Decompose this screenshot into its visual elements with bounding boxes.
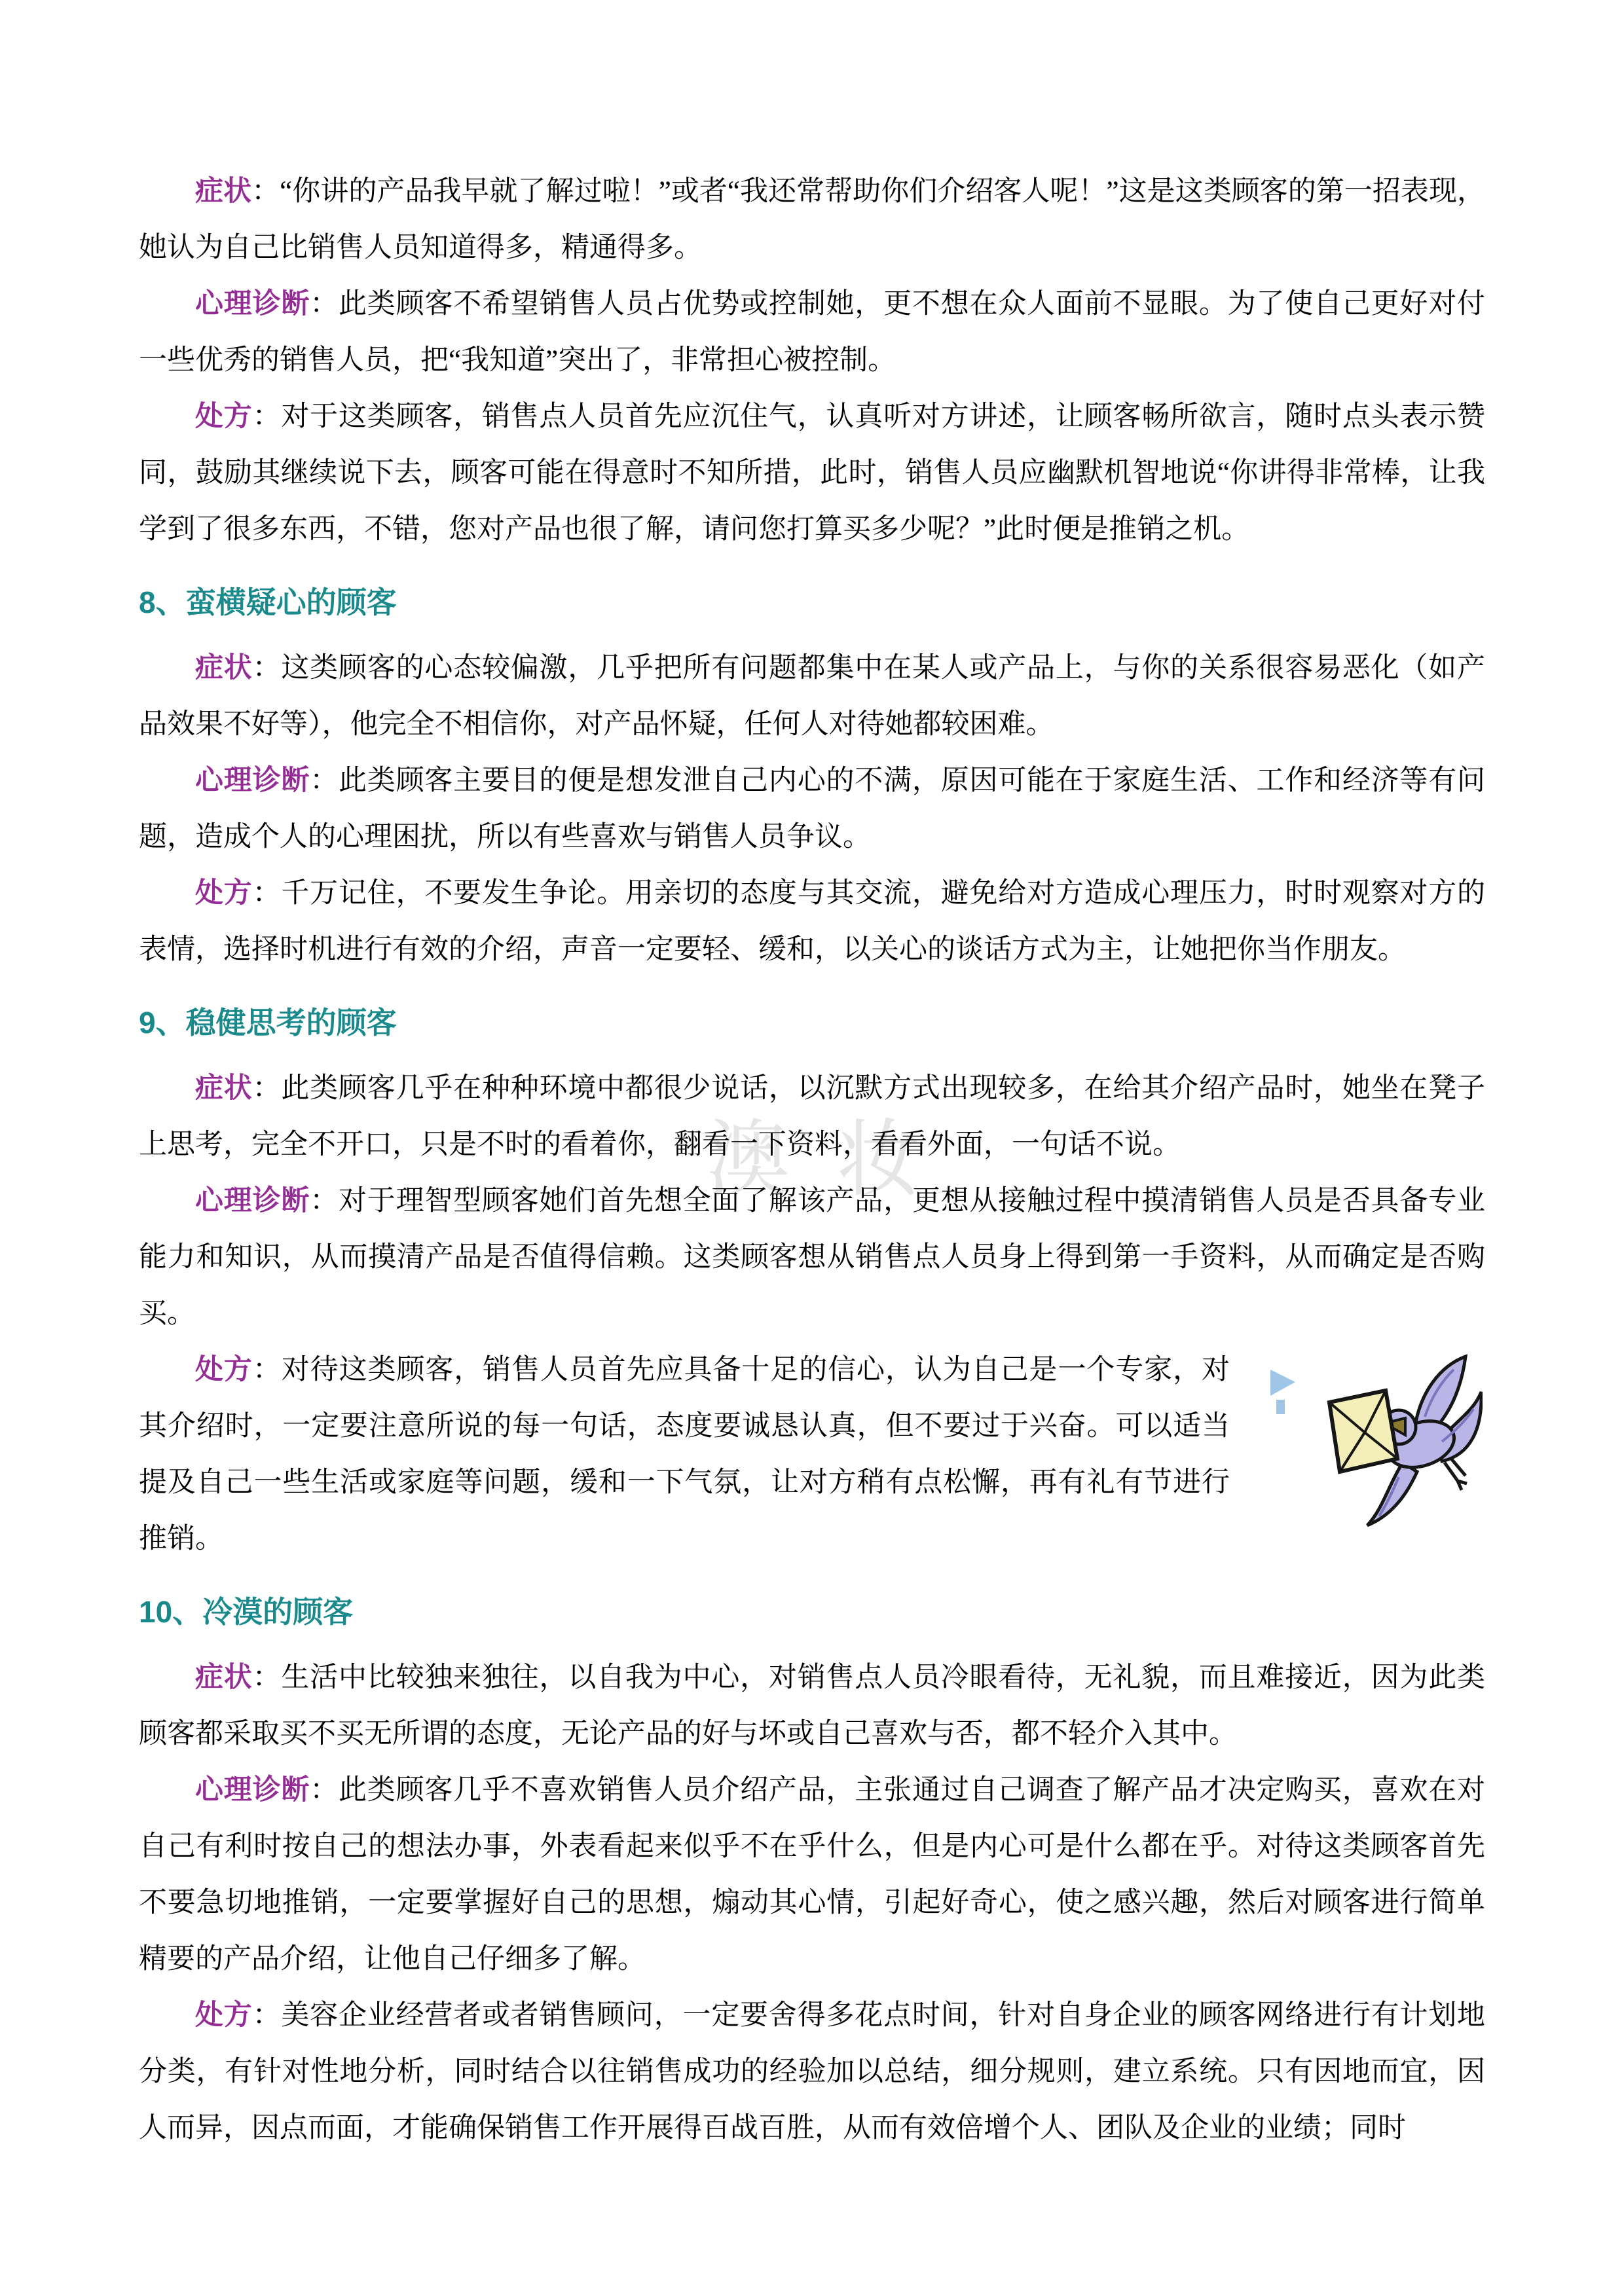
label-prescription: 处方 — [195, 2000, 253, 2031]
paragraph-text: 此类顾客几乎不喜欢销售人员介绍产品，主张通过自己调查了解产品才决定购买，喜欢在对… — [139, 1775, 1485, 1975]
paragraph-text: 此类顾客不希望销售人员占优势或控制她，更不想在众人面前不显眼。为了使自己更好对付… — [139, 289, 1485, 376]
label-colon: ： — [253, 1073, 282, 1104]
label-prescription: 处方 — [195, 401, 253, 432]
bird-with-envelope-image — [1325, 1351, 1483, 1532]
paragraph-symptom: 症状：生活中比较独来独往，以自我为中心，对销售点人员冷眼看待，无礼貌，而且难接近… — [139, 1650, 1485, 1762]
paragraph-text: 对待这类顾客，销售人员首先应具备十足的信心，认为自己是一个专家，对其介绍时，一定… — [139, 1355, 1230, 1554]
section-heading-10: 10、冷漠的顾客 — [139, 1584, 1485, 1640]
document-content: 症状：“你讲的产品我早就了解过啦！”或者“我还常帮助你们介绍客人呢！”这是这类顾… — [0, 0, 1624, 2157]
paragraph-symptom: 症状：这类顾客的心态较偏激，几乎把所有问题都集中在某人或产品上，与你的关系很容易… — [139, 640, 1485, 753]
paragraph-text: 此类顾客主要目的便是想发泄自己内心的不满，原因可能在于家庭生活、工作和经济等有问… — [139, 765, 1485, 852]
paragraph-prescription: 处方：对于这类顾客，销售点人员首先应沉住气，认真听对方讲述，让顾客畅所欲言，随时… — [139, 389, 1485, 558]
document-page: 澳妆 症状：“你讲的产品我早就了解过啦！”或者“我还常帮助你们介绍客人呢！”这是… — [0, 0, 1624, 2296]
label-symptom: 症状 — [195, 1662, 253, 1693]
label-colon: ： — [310, 1186, 339, 1216]
paragraph-text: “你讲的产品我早就了解过啦！”或者“我还常帮助你们介绍客人呢！”这是这类顾客的第… — [139, 176, 1485, 263]
label-colon: ： — [253, 2000, 282, 2031]
label-prescription: 处方 — [195, 878, 253, 909]
paragraph-text: 生活中比较独来独往，以自我为中心，对销售点人员冷眼看待，无礼貌，而且难接近，因为… — [139, 1662, 1485, 1749]
paragraph-text: 此类顾客几乎在种种环境中都很少说话，以沉默方式出现较多，在给其介绍产品时，她坐在… — [139, 1073, 1485, 1160]
paragraph-diagnosis: 心理诊断：此类顾客几乎不喜欢销售人员介绍产品，主张通过自己调查了解产品才决定购买… — [139, 1762, 1485, 1988]
label-prescription: 处方 — [195, 1355, 253, 1385]
label-colon: ： — [253, 653, 282, 683]
paragraph-diagnosis: 心理诊断：此类顾客不希望销售人员占优势或控制她，更不想在众人面前不显眼。为了使自… — [139, 276, 1485, 389]
label-symptom: 症状 — [195, 653, 253, 683]
label-symptom: 症状 — [195, 1073, 253, 1104]
paragraph-text: 美容企业经营者或者销售顾问，一定要舍得多花点时间，针对自身企业的顾客网络进行有计… — [139, 2000, 1485, 2143]
small-blue-arrow-icon — [1268, 1368, 1299, 1415]
label-colon: ： — [310, 1775, 339, 1806]
label-colon: ： — [253, 401, 282, 432]
section-heading-8: 8、蛮横疑心的顾客 — [139, 574, 1485, 630]
label-symptom: 症状 — [195, 176, 251, 207]
paragraph-text: 这类顾客的心态较偏激，几乎把所有问题都集中在某人或产品上，与你的关系很容易恶化（… — [139, 653, 1485, 740]
paragraph-text: 对于这类顾客，销售点人员首先应沉住气，认真听对方讲述，让顾客畅所欲言，随时点头表… — [139, 401, 1485, 545]
label-colon: ： — [253, 878, 282, 909]
label-diagnosis: 心理诊断 — [195, 1186, 310, 1216]
paragraph-text: 千万记住，不要发生争论。用亲切的态度与其交流，避免给对方造成心理压力，时时观察对… — [139, 878, 1485, 965]
label-colon: ： — [253, 1355, 282, 1385]
paragraph-symptom: 症状：此类顾客几乎在种种环境中都很少说话，以沉默方式出现较多，在给其介绍产品时，… — [139, 1061, 1485, 1173]
paragraph-symptom: 症状：“你讲的产品我早就了解过啦！”或者“我还常帮助你们介绍客人呢！”这是这类顾… — [139, 164, 1485, 276]
label-diagnosis: 心理诊断 — [195, 765, 310, 796]
label-colon: ： — [310, 765, 339, 796]
paragraph-text: 对于理智型顾客她们首先想全面了解该产品，更想从接触过程中摸清销售人员是否具备专业… — [139, 1186, 1485, 1329]
label-colon: ： — [310, 289, 339, 319]
paragraph-diagnosis: 心理诊断：此类顾客主要目的便是想发泄自己内心的不满，原因可能在于家庭生活、工作和… — [139, 753, 1485, 866]
label-colon: ： — [253, 1662, 282, 1693]
paragraph-prescription: 处方：千万记住，不要发生争论。用亲切的态度与其交流，避免给对方造成心理压力，时时… — [139, 866, 1485, 978]
label-diagnosis: 心理诊断 — [195, 1775, 310, 1806]
paragraph-prescription: 处方：美容企业经营者或者销售顾问，一定要舍得多花点时间，针对自身企业的顾客网络进… — [139, 1988, 1485, 2157]
section-heading-9: 9、稳健思考的顾客 — [139, 994, 1485, 1051]
bird-clipart-container — [1230, 1342, 1485, 1525]
label-colon: ： — [251, 176, 280, 207]
label-diagnosis: 心理诊断 — [195, 289, 310, 319]
paragraph-diagnosis: 心理诊断：对于理智型顾客她们首先想全面了解该产品，更想从接触过程中摸清销售人员是… — [139, 1173, 1485, 1342]
